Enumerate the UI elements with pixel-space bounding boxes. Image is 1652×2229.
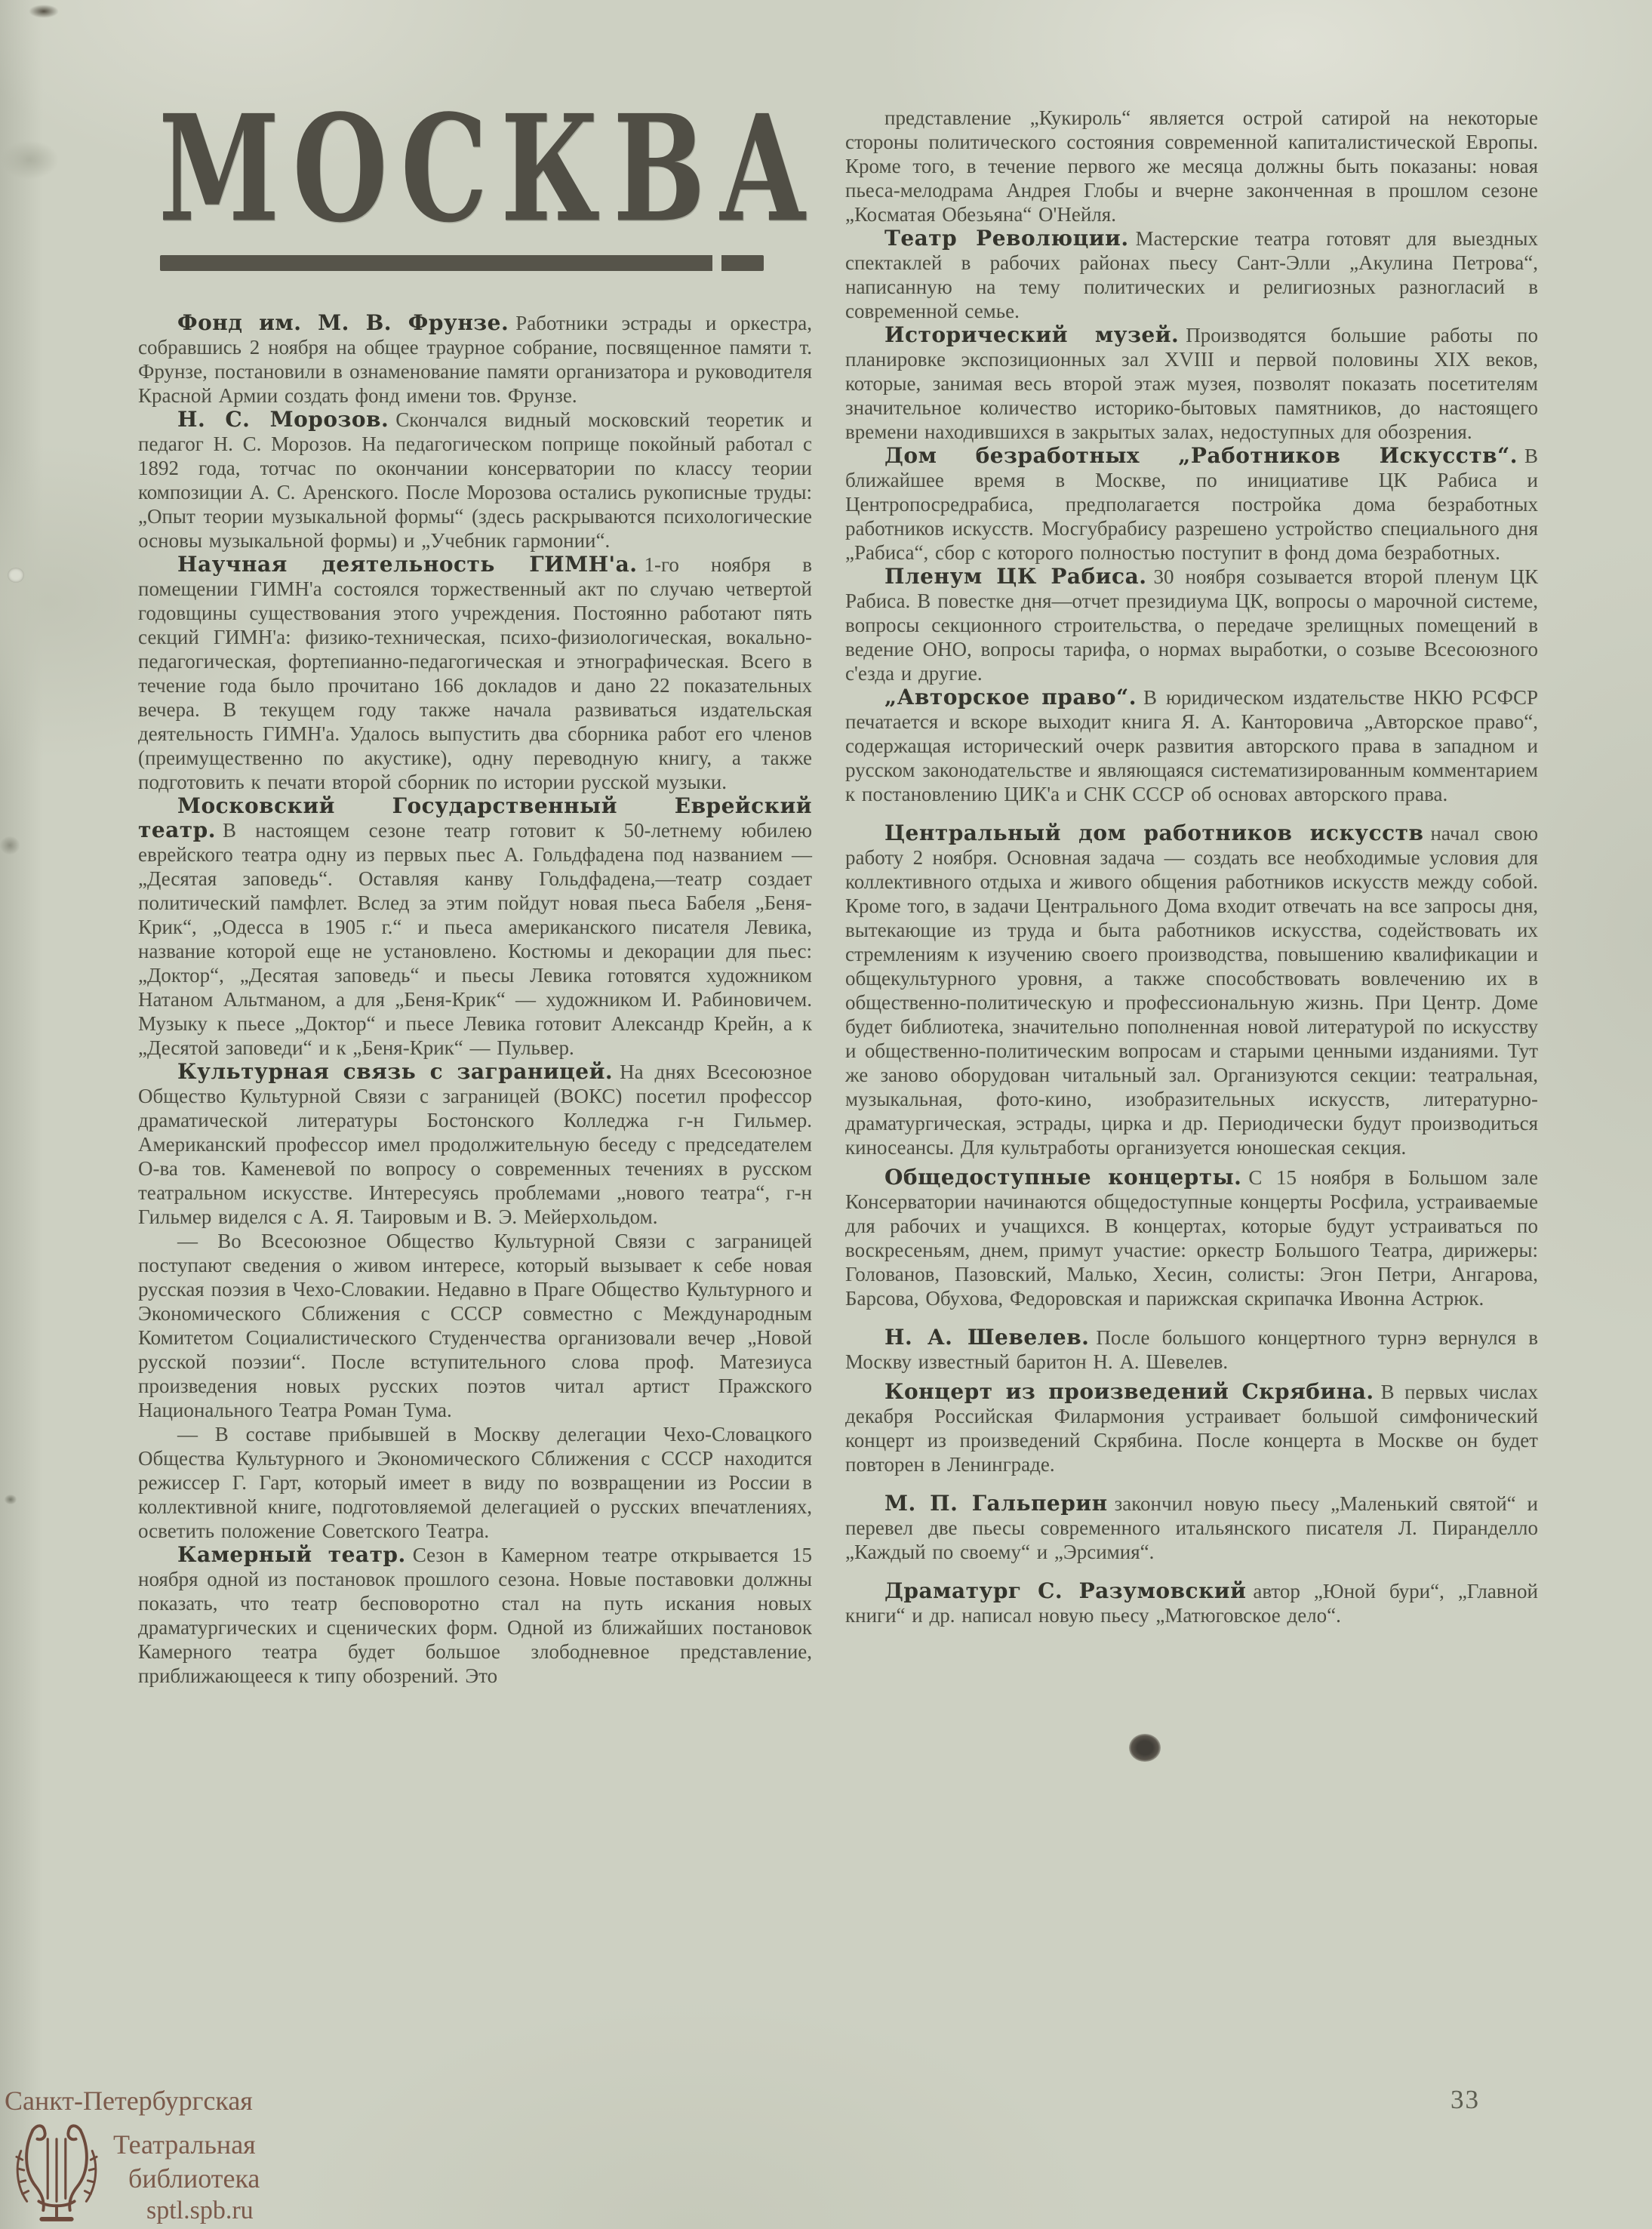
paper-speck — [5, 1495, 17, 1504]
news-item: Культурная связь с заграницей.На днях Вс… — [138, 1060, 812, 1229]
watermark-theatrical: Театральная — [113, 2129, 256, 2160]
news-text: — В составе прибывшей в Москву делегации… — [138, 1423, 812, 1542]
news-heading: Концерт из произведений Скрябина. — [884, 1379, 1374, 1404]
masthead-rule — [160, 255, 764, 271]
page-title: МОСКВА — [158, 97, 770, 243]
news-heading: Исторический музей. — [884, 322, 1179, 347]
ink-blot-artifact — [1129, 1734, 1161, 1762]
magazine-page: МОСКВА Фонд им. М. В. Фрунзе.Работники э… — [0, 0, 1652, 2229]
news-heading: Н. С. Морозов. — [177, 407, 389, 432]
news-text: 1-го ноября в помещении ГИМН'а состоялся… — [138, 553, 812, 793]
news-text: — Во Всесоюзное Общество Культурной Связ… — [138, 1230, 812, 1421]
news-heading: Культурная связь с заграницей. — [177, 1059, 613, 1084]
news-heading: Пленум ЦК Рабиса. — [884, 564, 1146, 589]
left-column: Фонд им. М. В. Фрунзе.Работники эстрады … — [138, 311, 812, 1688]
news-item: Театр Революции.Мастерские театра готовя… — [845, 226, 1538, 323]
news-heading: Фонд им. М. В. Фрунзе. — [177, 310, 509, 335]
news-item: Драматург С. Разумовскийавтор „Юной бури… — [845, 1579, 1538, 1627]
news-item: Научная деятельность ГИМН'а.1-го ноября … — [138, 553, 812, 794]
news-heading: Общедоступные концерты. — [884, 1165, 1241, 1190]
paper-speck — [29, 5, 59, 18]
library-watermark: Санкт-Петербургская Театральная библиоте… — [0, 2082, 317, 2229]
news-item: — В составе прибывшей в Москву делегации… — [138, 1422, 812, 1543]
news-item: представление „Кукироль“ является острой… — [845, 106, 1538, 226]
news-text: представление „Кукироль“ является острой… — [845, 106, 1538, 226]
news-item: Концерт из произведений Скрябина.В первы… — [845, 1380, 1538, 1476]
lyre-icon — [12, 2121, 101, 2225]
news-item: Московский Государственный Еврейский теа… — [138, 794, 812, 1060]
paper-hole — [8, 568, 24, 583]
news-heading: Камерный театр. — [177, 1542, 406, 1567]
page-number: 33 — [1450, 2085, 1480, 2115]
paper-speck — [0, 836, 20, 854]
news-item: Центральный дом работников искусствначал… — [845, 821, 1538, 1159]
news-heading: М. П. Гальперин — [884, 1491, 1108, 1516]
news-heading: Дом безработных „Работников Искусств“. — [884, 443, 1518, 468]
watermark-city: Санкт-Петербургская — [5, 2085, 253, 2117]
news-item: Исторический музей.Производятся большие … — [845, 323, 1538, 444]
news-text: начал свою работу 2 ноября. Основная зад… — [845, 822, 1538, 1159]
watermark-library: библиотека — [128, 2163, 260, 2194]
news-heading: „Авторское право“. — [884, 685, 1137, 710]
news-item: Камерный театр.Сезон в Камерном театре о… — [138, 1543, 812, 1688]
news-item: Фонд им. М. В. Фрунзе.Работники эстрады … — [138, 311, 812, 408]
news-heading: Центральный дом работников искусств — [884, 820, 1424, 845]
paper-smudge — [0, 140, 59, 180]
right-column: представление „Кукироль“ является острой… — [845, 106, 1538, 1627]
news-item: Пленум ЦК Рабиса.30 ноября созывается вт… — [845, 565, 1538, 685]
news-text: На днях Всесоюзное Общество Культурной С… — [138, 1061, 812, 1228]
masthead: МОСКВА — [158, 97, 770, 278]
news-item: Дом безработных „Работников Искусств“.В … — [845, 444, 1538, 565]
news-heading: Театр Революции. — [884, 226, 1129, 251]
news-item: „Авторское право“.В юридическом издатель… — [845, 685, 1538, 806]
news-heading: Драматург С. Разумовский — [884, 1578, 1246, 1603]
news-heading: Н. А. Шевелев. — [884, 1325, 1089, 1350]
news-item: Общедоступные концерты.С 15 ноября в Бол… — [845, 1165, 1538, 1310]
watermark-url: sptl.spb.ru — [146, 2197, 254, 2225]
news-item: Н. С. Морозов.Скончался видный московски… — [138, 408, 812, 553]
news-heading: Научная деятельность ГИМН'а. — [177, 552, 638, 577]
news-text: В настоящем сезоне театр готовит к 50-ле… — [138, 819, 812, 1059]
news-item: М. П. Гальперинзакончил новую пьесу „Мал… — [845, 1492, 1538, 1564]
news-item: Н. А. Шевелев.После большого концертного… — [845, 1325, 1538, 1374]
news-item: — Во Всесоюзное Общество Культурной Связ… — [138, 1229, 812, 1422]
